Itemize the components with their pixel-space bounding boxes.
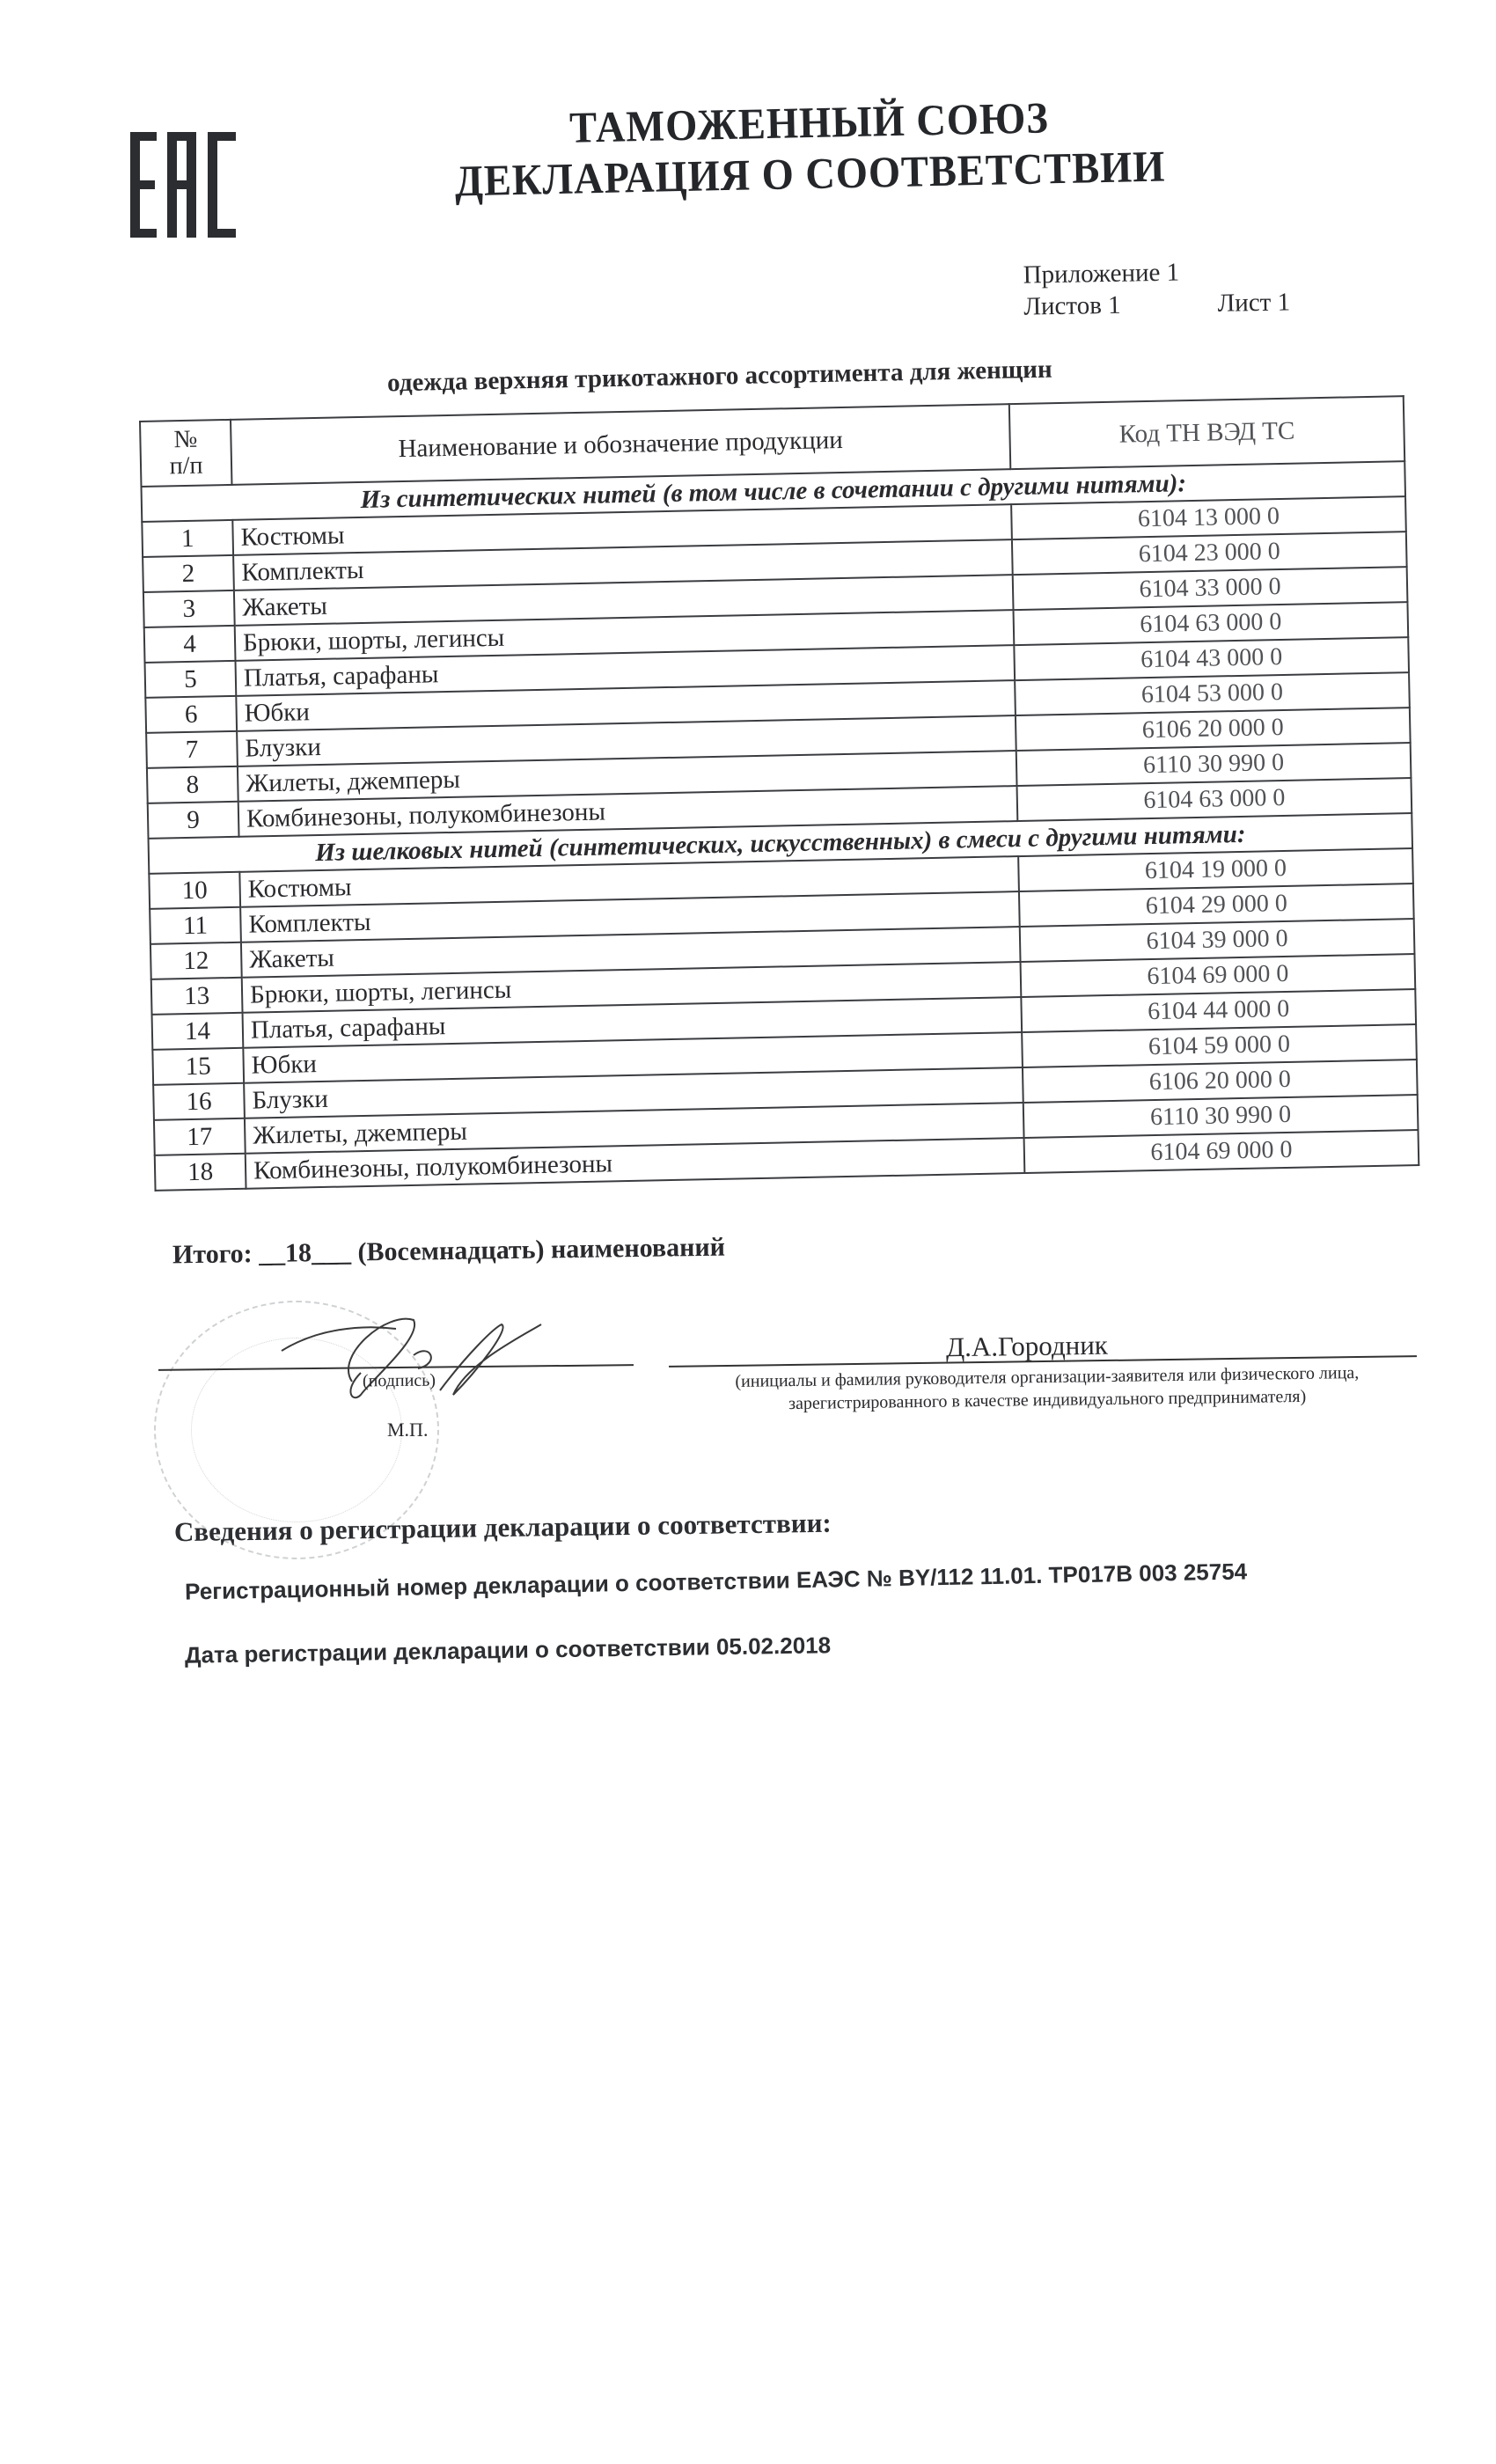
row-number: 12 [150, 942, 242, 979]
signer-caption: (инициалы и фамилия руководителя организ… [678, 1360, 1418, 1417]
row-number: 6 [145, 696, 237, 733]
row-number: 10 [149, 872, 240, 909]
hs-code: 6104 69 000 0 [1024, 1130, 1419, 1173]
seal-label: М.П. [387, 1419, 428, 1441]
row-number: 18 [155, 1154, 246, 1191]
row-number: 15 [152, 1048, 244, 1085]
appendix-block: Приложение 1 Листов 1 Лист 1 [1023, 254, 1290, 322]
products-table: № п/п Наименование и обозначение продукц… [139, 395, 1419, 1192]
row-number: 5 [145, 661, 237, 698]
row-number: 8 [147, 766, 238, 803]
row-number: 9 [148, 802, 239, 839]
product-category: одежда верхняя трикотажного ассортимента… [387, 353, 1179, 399]
row-number: 13 [151, 978, 243, 1015]
registration-number: Регистрационный номер декларации о соотв… [185, 1558, 1248, 1605]
products-table-wrap: № п/п Наименование и обозначение продукц… [139, 395, 1419, 1192]
sheets-total: Листов 1 [1023, 290, 1121, 323]
registration-date: Дата регистрации декларации о соответств… [185, 1632, 832, 1669]
signature-caption: (подпись) [363, 1371, 436, 1392]
total-count: Итого: __18___ (Восемнадцать) наименован… [172, 1233, 725, 1271]
eac-mark-icon [130, 132, 240, 238]
row-number: 11 [150, 907, 241, 944]
handwritten-signature-icon [264, 1302, 546, 1408]
signer-name: Д.А.Городник [946, 1330, 1108, 1364]
row-number: 2 [143, 555, 234, 592]
row-number: 17 [154, 1118, 246, 1155]
eac-logo [130, 132, 240, 238]
sheet-number: Лист 1 [1217, 286, 1290, 319]
row-number: 4 [144, 626, 236, 663]
row-number: 7 [146, 731, 238, 768]
row-number: 1 [142, 520, 233, 557]
appendix-label: Приложение 1 [1023, 254, 1289, 290]
header-code: Код ТН ВЭД ТС [1009, 396, 1404, 469]
table-body: Из синтетических нитей (в том числе в со… [142, 461, 1419, 1191]
row-number: 16 [153, 1083, 245, 1120]
header-num: № п/п [140, 420, 231, 487]
row-number: 14 [152, 1013, 244, 1050]
row-number: 3 [143, 590, 235, 627]
document-title: ТАМОЖЕННЫЙ СОЮЗ ДЕКЛАРАЦИЯ О СООТВЕТСТВИ… [378, 88, 1242, 208]
